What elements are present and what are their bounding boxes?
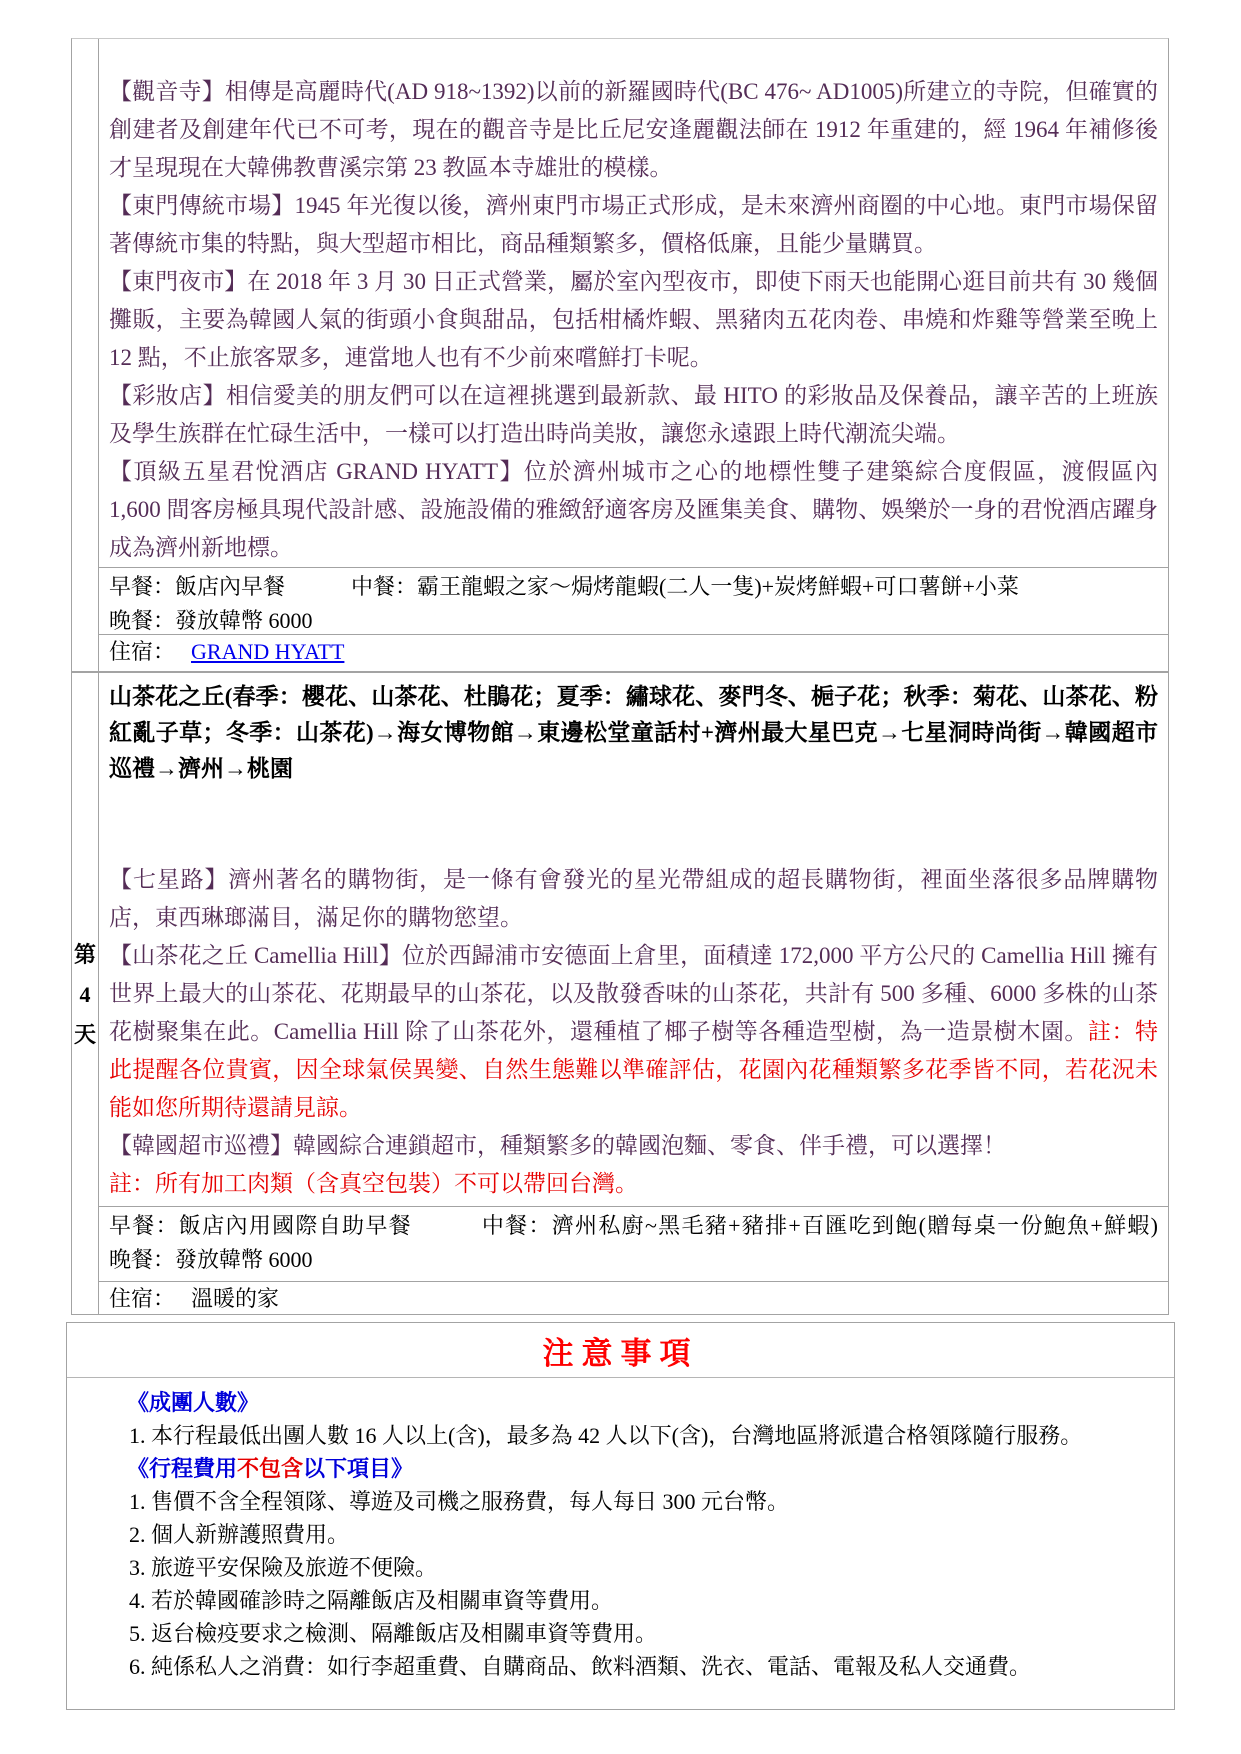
notice-body: 《成團人數》 本行程最低出團人數 16 人以上(含)，最多為 42 人以下(含)… bbox=[67, 1378, 1174, 1683]
day4-block: 第 4 天 山茶花之丘(春季：櫻花、山茶花、杜鵑花；夏季：繡球花、麥門冬、梔子花… bbox=[72, 671, 1168, 1315]
attraction-paragraph: 【東門傳統市場】1945 年光復以後，濟州東門市場正式形成，是未來濟州商圈的中心… bbox=[109, 187, 1158, 263]
fees-excluded-list: 售價不含全程領隊、導遊及司機之服務費，每人每日 300 元台幣。 個人新辦護照費… bbox=[113, 1485, 1160, 1683]
notice-title: 注意事項 bbox=[67, 1323, 1174, 1378]
notice-item: 返台檢疫要求之檢測、隔離飯店及相關車資等費用。 bbox=[151, 1617, 1160, 1650]
attraction-paragraph: 【彩妝店】相信愛美的朋友們可以在這裡挑選到最新款、最 HITO 的彩妝品及保養品… bbox=[109, 377, 1158, 453]
stay-label: 住宿： bbox=[109, 639, 175, 664]
notice-item: 若於韓國確診時之隔離飯店及相關車資等費用。 bbox=[151, 1584, 1160, 1617]
notice-item: 售價不含全程領隊、導遊及司機之服務費，每人每日 300 元台幣。 bbox=[151, 1485, 1160, 1518]
day3-meals-row: 早餐：飯店內早餐 中餐：霸王龍蝦之家～焗烤龍蝦(二人一隻)+炭烤鮮蝦+可口薯餅+… bbox=[99, 567, 1168, 634]
attraction-paragraph: 【東門夜市】在 2018 年 3 月 30 日正式營業，屬於室內型夜市，即使下雨… bbox=[109, 263, 1158, 377]
group-size-list: 本行程最低出團人數 16 人以上(含)，最多為 42 人以下(含)，台灣地區將派… bbox=[113, 1419, 1160, 1452]
day-label-char: 天 bbox=[74, 1015, 96, 1055]
group-size-heading: 《成團人數》 bbox=[127, 1386, 1160, 1419]
day3-main-column: 【觀音寺】相傳是高麗時代(AD 918~1392)以前的新羅國時代(BC 476… bbox=[99, 39, 1168, 671]
attraction-text: 【山茶花之丘 Camellia Hill】位於西歸浦市安德面上倉里，面積達 17… bbox=[109, 943, 1158, 1044]
itinerary-table: 【觀音寺】相傳是高麗時代(AD 918~1392)以前的新羅國時代(BC 476… bbox=[71, 38, 1169, 1315]
day4-meals-text: 早餐：飯店內用國際自助早餐 中餐：濟州私廚~黑毛豬+豬排+百匯吃到飽(贈每桌一份… bbox=[109, 1209, 1158, 1277]
attraction-paragraph: 【七星路】濟州著名的購物街，是一條有會發光的星光帶組成的超長購物街，裡面坐落很多… bbox=[109, 861, 1158, 937]
day-label-char: 第 bbox=[74, 935, 96, 975]
notice-table: 注意事項 《成團人數》 本行程最低出團人數 16 人以上(含)，最多為 42 人… bbox=[66, 1322, 1175, 1710]
attraction-paragraph: 【山茶花之丘 Camellia Hill】位於西歸浦市安德面上倉里，面積達 17… bbox=[109, 937, 1158, 1127]
notice-item: 純係私人之消費：如行李超重費、自購商品、飲料酒類、洗衣、電話、電報及私人交通費。 bbox=[151, 1650, 1160, 1683]
stay-label: 住宿： bbox=[109, 1286, 175, 1311]
heading-highlight: 不包含 bbox=[237, 1456, 303, 1481]
day3-meals-line1: 早餐：飯店內早餐 中餐：霸王龍蝦之家～焗烤龍蝦(二人一隻)+炭烤鮮蝦+可口薯餅+… bbox=[109, 570, 1158, 604]
meat-import-note: 註：所有加工肉類（含真空包裝）不可以帶回台灣。 bbox=[109, 1165, 1158, 1203]
day4-stay-row: 住宿：溫暖的家 bbox=[99, 1281, 1168, 1315]
notice-item: 旅遊平安保險及旅遊不便險。 bbox=[151, 1551, 1160, 1584]
day4-label-column: 第 4 天 bbox=[72, 673, 99, 1315]
notice-item: 個人新辦護照費用。 bbox=[151, 1518, 1160, 1551]
attraction-paragraph: 【頂級五星君悅酒店 GRAND HYATT】位於濟州城市之心的地標性雙子建築綜合… bbox=[109, 453, 1158, 567]
fees-excluded-heading: 《行程費用不包含以下項目》 bbox=[127, 1452, 1160, 1485]
attraction-paragraph: 【韓國超市巡禮】韓國綜合連鎖超市，種類繁多的韓國泡麵、零食、伴手禮，可以選擇！註… bbox=[109, 1127, 1158, 1203]
day4-meals-row: 早餐：飯店內用國際自助早餐 中餐：濟州私廚~黑毛豬+豬排+百匯吃到飽(贈每桌一份… bbox=[99, 1206, 1168, 1281]
attraction-paragraph: 【觀音寺】相傳是高麗時代(AD 918~1392)以前的新羅國時代(BC 476… bbox=[109, 73, 1158, 187]
hotel-link[interactable]: GRAND HYATT bbox=[191, 639, 344, 664]
day3-stay-row: 住宿：GRAND HYATT bbox=[99, 634, 1168, 671]
attraction-text: 【韓國超市巡禮】韓國綜合連鎖超市，種類繁多的韓國泡麵、零食、伴手禮，可以選擇！ bbox=[109, 1133, 1006, 1158]
day4-main-column: 山茶花之丘(春季：櫻花、山茶花、杜鵑花；夏季：繡球花、麥門冬、梔子花；秋季：菊花… bbox=[99, 673, 1168, 1315]
day3-block: 【觀音寺】相傳是高麗時代(AD 918~1392)以前的新羅國時代(BC 476… bbox=[72, 39, 1168, 671]
day3-description-cell: 【觀音寺】相傳是高麗時代(AD 918~1392)以前的新羅國時代(BC 476… bbox=[99, 39, 1168, 567]
document-page: 【觀音寺】相傳是高麗時代(AD 918~1392)以前的新羅國時代(BC 476… bbox=[0, 0, 1241, 1754]
day3-meals-line2: 晚餐：發放韓幣 6000 bbox=[109, 604, 1158, 634]
heading-text: 以下項目》 bbox=[303, 1456, 413, 1481]
day4-description-cell: 山茶花之丘(春季：櫻花、山茶花、杜鵑花；夏季：繡球花、麥門冬、梔子花；秋季：菊花… bbox=[99, 673, 1168, 1206]
day4-route-title: 山茶花之丘(春季：櫻花、山茶花、杜鵑花；夏季：繡球花、麥門冬、梔子花；秋季：菊花… bbox=[109, 679, 1158, 787]
day-label-char: 4 bbox=[80, 975, 91, 1015]
heading-text: 《行程費用 bbox=[127, 1456, 237, 1481]
day3-label-column bbox=[72, 39, 99, 671]
stay-value: 溫暖的家 bbox=[191, 1286, 279, 1311]
notice-item: 本行程最低出團人數 16 人以上(含)，最多為 42 人以下(含)，台灣地區將派… bbox=[151, 1419, 1160, 1452]
